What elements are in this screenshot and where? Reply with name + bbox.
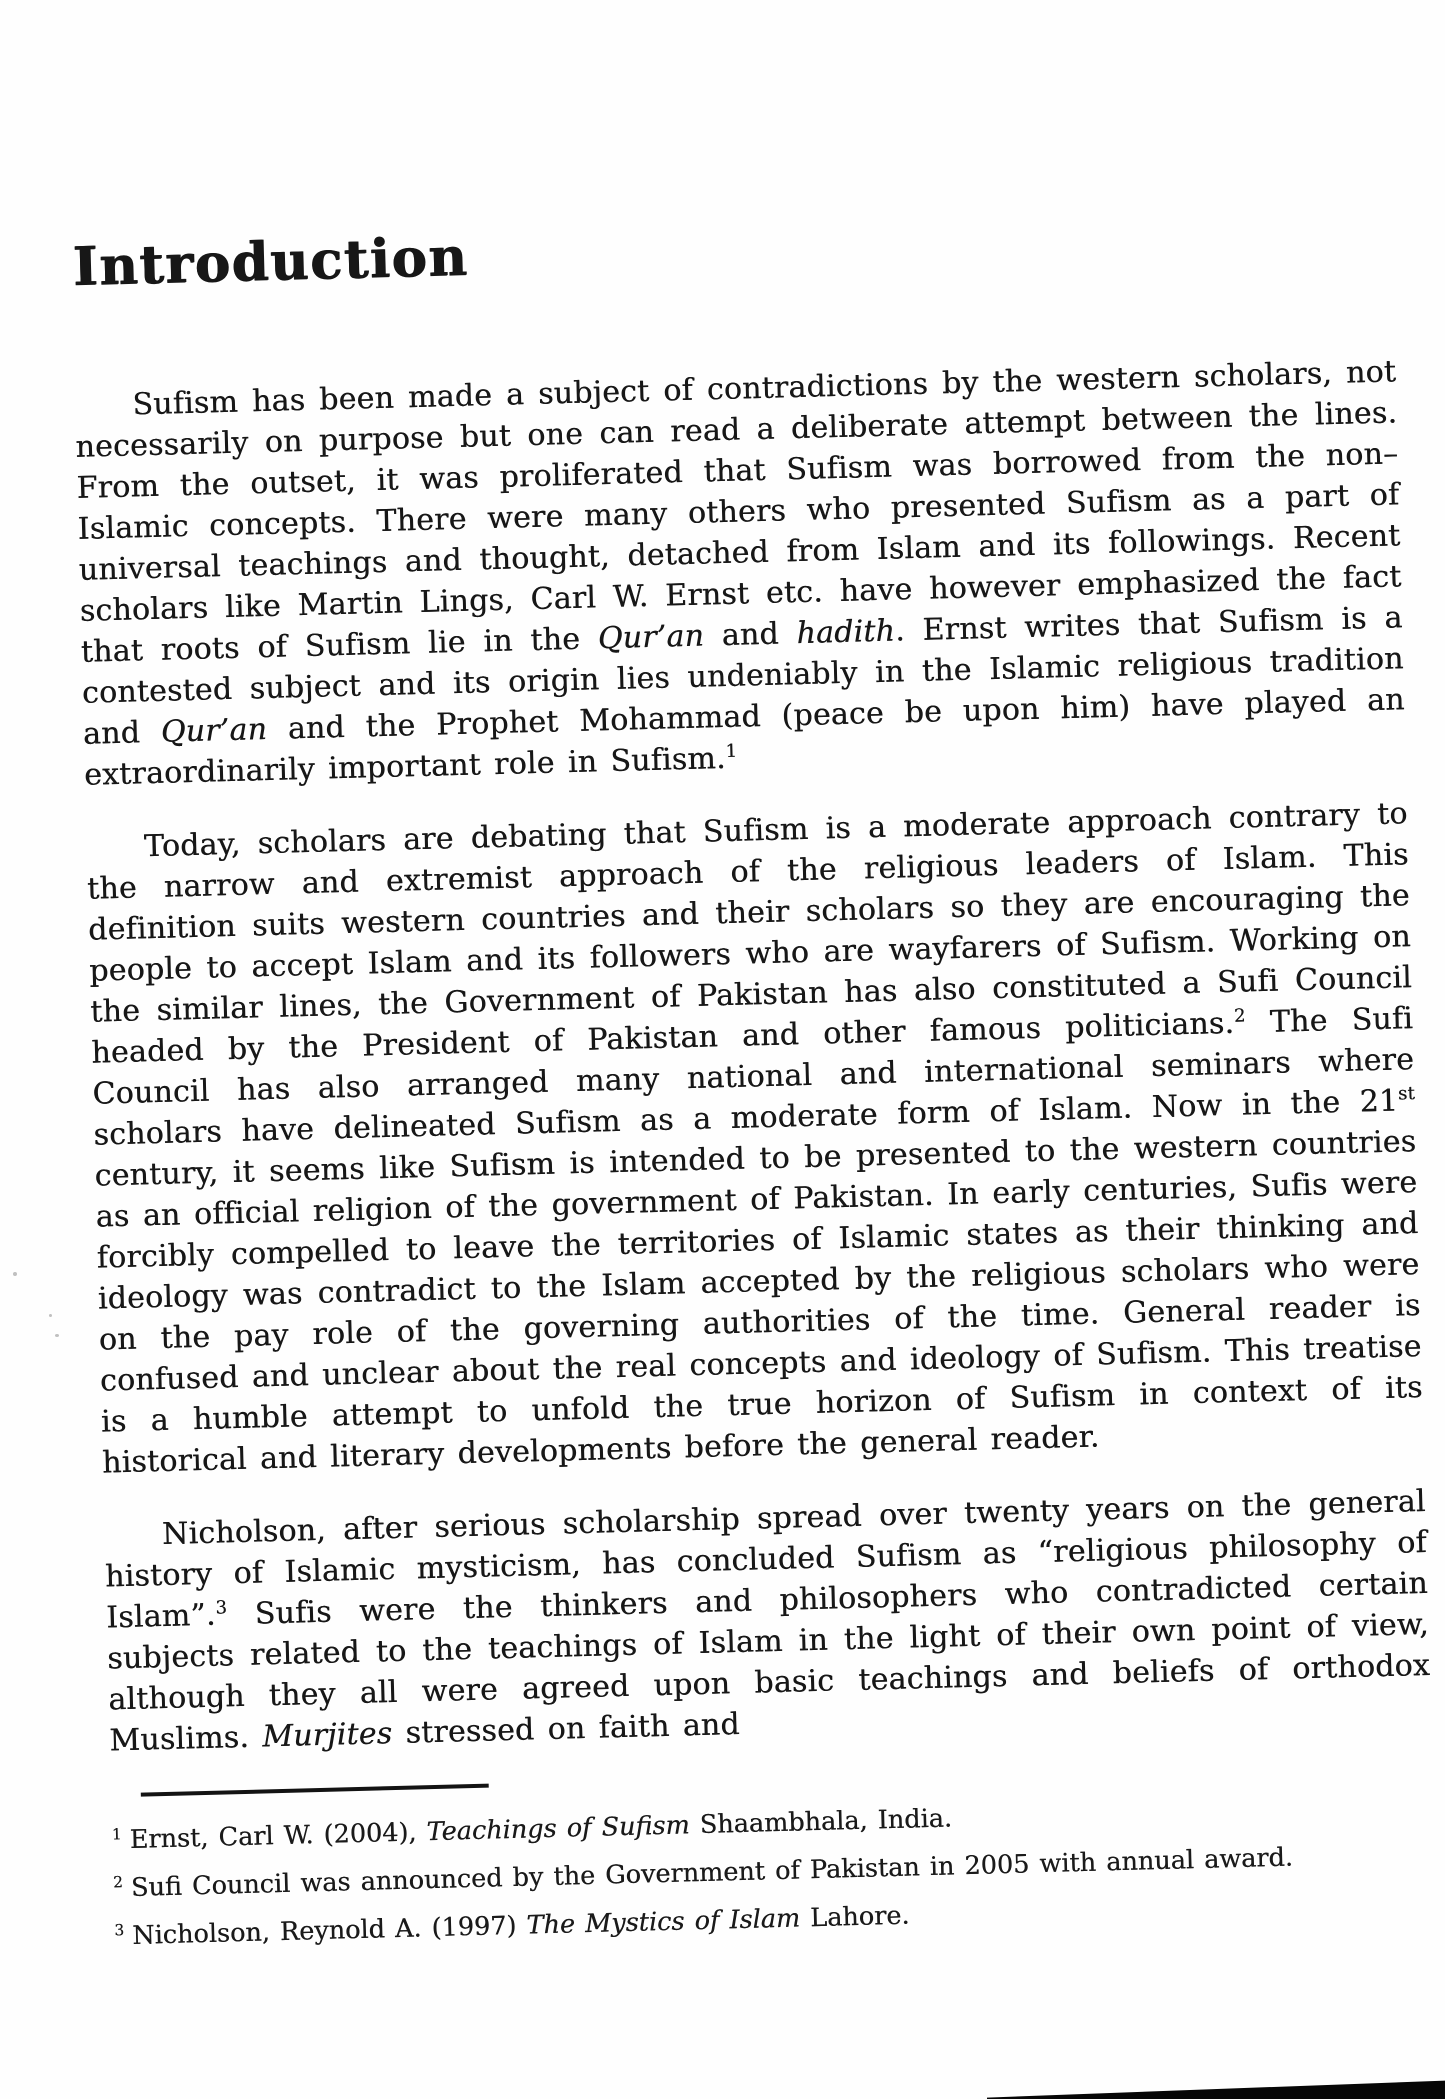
page-content: Introduction Sufism has been made a subj… [70, 201, 1437, 1967]
paragraph-1: Sufism has been made a subject of contra… [74, 351, 1406, 795]
scan-speck [49, 1314, 52, 1317]
footnote-text-1: Ernst, Carl W. (2004), Teachings of Sufi… [129, 1803, 952, 1855]
footnote-marker-3: 3 [114, 1921, 124, 1939]
scanned-book-page: Introduction Sufism has been made a subj… [0, 0, 1445, 2099]
footnotes-block: 1Ernst, Carl W. (2004), Teachings of Suf… [112, 1789, 1437, 1954]
footnote-marker-2: 2 [113, 1873, 123, 1891]
scan-edge-artifact [987, 2079, 1445, 2099]
paragraph-2: Today, scholars are debating that Sufism… [85, 793, 1424, 1483]
scan-speck [13, 1272, 17, 1276]
paragraph-3: Nicholson, after serious scholarship spr… [104, 1481, 1432, 1762]
footnote-rule [141, 1784, 489, 1797]
footnote-text-3: Nicholson, Reynold A. (1997) The Mystics… [132, 1901, 910, 1951]
footnote-marker-1: 1 [112, 1825, 122, 1843]
scan-speck [55, 1334, 59, 1337]
page-title: Introduction [72, 201, 1393, 298]
